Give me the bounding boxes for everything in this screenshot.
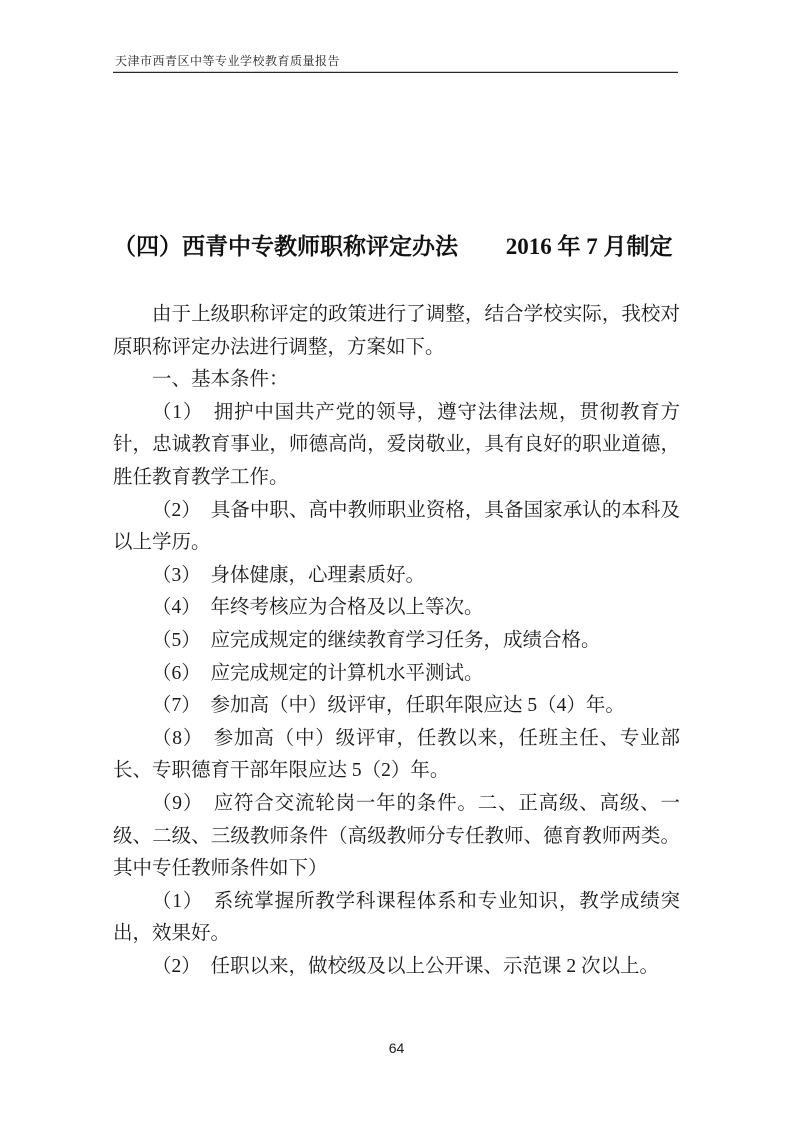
document-page: 天津市西青区中等专业学校教育质量报告 （四）西青中专教师职称评定办法 2016 … bbox=[0, 0, 793, 1122]
document-title-date: 2016 年 7 月制定 bbox=[506, 234, 673, 259]
list-item-3: （3） 身体健康，心理素质好。 bbox=[113, 560, 680, 593]
list-item-8: （8） 参加高（中）级评审，任教以来，任班主任、专业部长、专职德育干部年限应达 … bbox=[113, 723, 680, 788]
list-item-2: （2） 具备中职、高中教师职业资格，具备国家承认的本科及以上学历。 bbox=[113, 495, 680, 560]
list-item-6: （6） 应完成规定的计算机水平测试。 bbox=[113, 658, 680, 691]
list-item-7: （7） 参加高（中）级评审，任职年限应达 5（4）年。 bbox=[113, 690, 680, 723]
header-divider bbox=[113, 71, 678, 73]
list-item-4: （4） 年终考核应为合格及以上等次。 bbox=[113, 592, 680, 625]
paragraph-intro: 由于上级职称评定的政策进行了调整，结合学校实际，我校对原职称评定办法进行调整，方… bbox=[113, 299, 680, 364]
list-item-1: （1） 拥护中国共产党的领导，遵守法律法规，贯彻教育方针，忠诚教育事业，师德高尚… bbox=[113, 397, 680, 495]
list-item-5: （5） 应完成规定的继续教育学习任务，成绩合格。 bbox=[113, 625, 680, 658]
list-item-9-and-section-2: （9） 应符合交流轮岗一年的条件。二、正高级、高级、一级、二级、三级教师条件（高… bbox=[113, 788, 680, 886]
sub-list-item-1: （1） 系统掌握所教学科课程体系和专业知识，教学成绩突出，效果好。 bbox=[113, 886, 680, 951]
running-header-text: 天津市西青区中等专业学校教育质量报告 bbox=[115, 52, 340, 69]
document-title: （四）西青中专教师职称评定办法 2016 年 7 月制定 bbox=[113, 228, 680, 261]
page-number: 64 bbox=[0, 1040, 793, 1056]
section-heading-basic-conditions: 一、基本条件： bbox=[113, 364, 680, 397]
document-title-text: （四）西青中专教师职称评定办法 bbox=[113, 234, 458, 259]
sub-list-item-2: （2） 任职以来，做校级及以上公开课、示范课 2 次以上。 bbox=[113, 951, 680, 984]
document-body: 由于上级职称评定的政策进行了调整，结合学校实际，我校对原职称评定办法进行调整，方… bbox=[113, 299, 680, 983]
